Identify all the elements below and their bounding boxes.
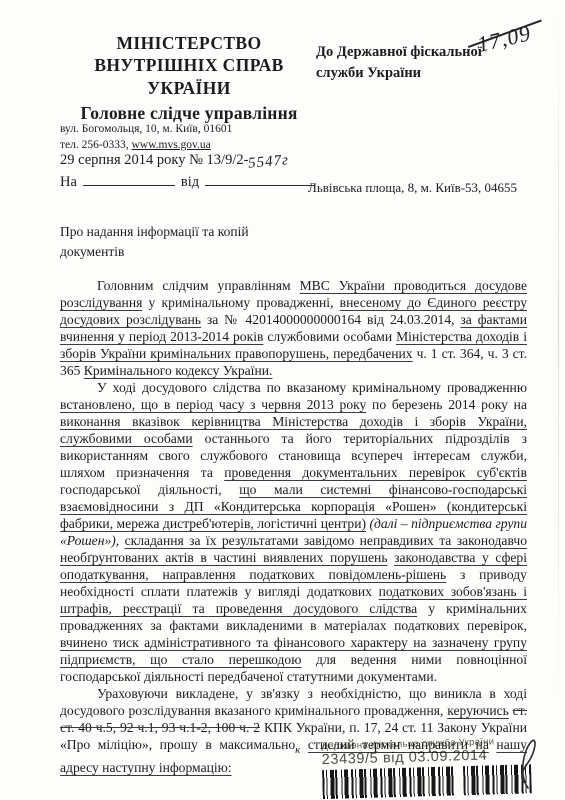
text-segment: службовими особами (263, 329, 396, 344)
recipient-address: Львівська площа, 8, м. Київ-53, 04655 (308, 180, 517, 196)
handwritten-date-mark: 17,09 (475, 20, 534, 58)
pen-scribble-mark (500, 736, 542, 792)
reference-date-blank (205, 172, 315, 186)
sender-address-block: вул. Богомольця, 10, м. Київ, 01601 тел.… (60, 121, 232, 153)
sender-street-address: вул. Богомольця, 10, м. Київ, 01601 (60, 121, 232, 137)
subject-line2: документів (60, 242, 249, 262)
text-segment: У ході досудового слідства по вказаному … (97, 380, 527, 395)
letter-body: Головним слідчим управлінням МВС України… (60, 277, 527, 776)
text-segment: , (116, 533, 125, 548)
text-segment (300, 737, 308, 752)
body-paragraph: У ході досудового слідства по вказаному … (60, 379, 527, 685)
reference-line: Навід (60, 172, 315, 191)
text-segment: Головним слідчим управлінням (97, 278, 300, 293)
text-segment: у кримінальному провадженні, (142, 295, 339, 310)
subject-line1: Про надання інформації та копій (60, 222, 249, 242)
scanned-letter-page: МІНІСТЕРСТВО ВНУТРІШНІХ СПРАВ УКРАЇНИ Го… (0, 0, 565, 800)
underlined-text: Кримінального кодексу України. (84, 363, 273, 378)
text-segment: по березень 2014 року на (366, 397, 527, 412)
handwritten-outgoing-number: 5547г (248, 152, 290, 172)
outgoing-number-line: 29 серпня 2014 року № 13/9/2-5547г (60, 152, 289, 169)
underlined-text: встановлено, що в період часу з червня 2… (60, 397, 366, 412)
underlined-text: керуючись (447, 703, 509, 718)
sender-org-block: МІНІСТЕРСТВО ВНУТРІШНІХ СПРАВ УКРАЇНИ Го… (66, 32, 312, 125)
sender-contacts: тел. 256-0333, www.mvs.gov.ua (60, 137, 232, 153)
subject-block: Про надання інформації та копій документ… (60, 222, 249, 263)
outgoing-date-prefix: 29 серпня 2014 року № 13/9/2- (60, 152, 248, 168)
ministry-name-line1: МІНІСТЕРСТВО (66, 32, 312, 54)
ministry-name-line2: ВНУТРІШНІХ СПРАВ (66, 54, 312, 76)
sender-phone: тел. 256-0333, (60, 139, 131, 151)
recipient-name: До Державної фіскальної служби України (316, 42, 501, 84)
underlined-text: проведення документальних перевірок суб'… (224, 465, 527, 480)
body-paragraph: Головним слідчим управлінням МВС України… (60, 277, 527, 379)
sender-website: www.mvs.gov.ua (131, 139, 210, 151)
vid-label: від (181, 174, 199, 190)
text-segment: господарської діяльності, (60, 482, 239, 497)
ministry-name-line3: УКРАЇНИ (66, 77, 312, 99)
barcode (322, 766, 456, 799)
reference-number-blank (83, 172, 175, 186)
text-segment: за № 42014000000000164 від 24.03.2014, (201, 312, 460, 327)
na-label: На (60, 174, 77, 190)
